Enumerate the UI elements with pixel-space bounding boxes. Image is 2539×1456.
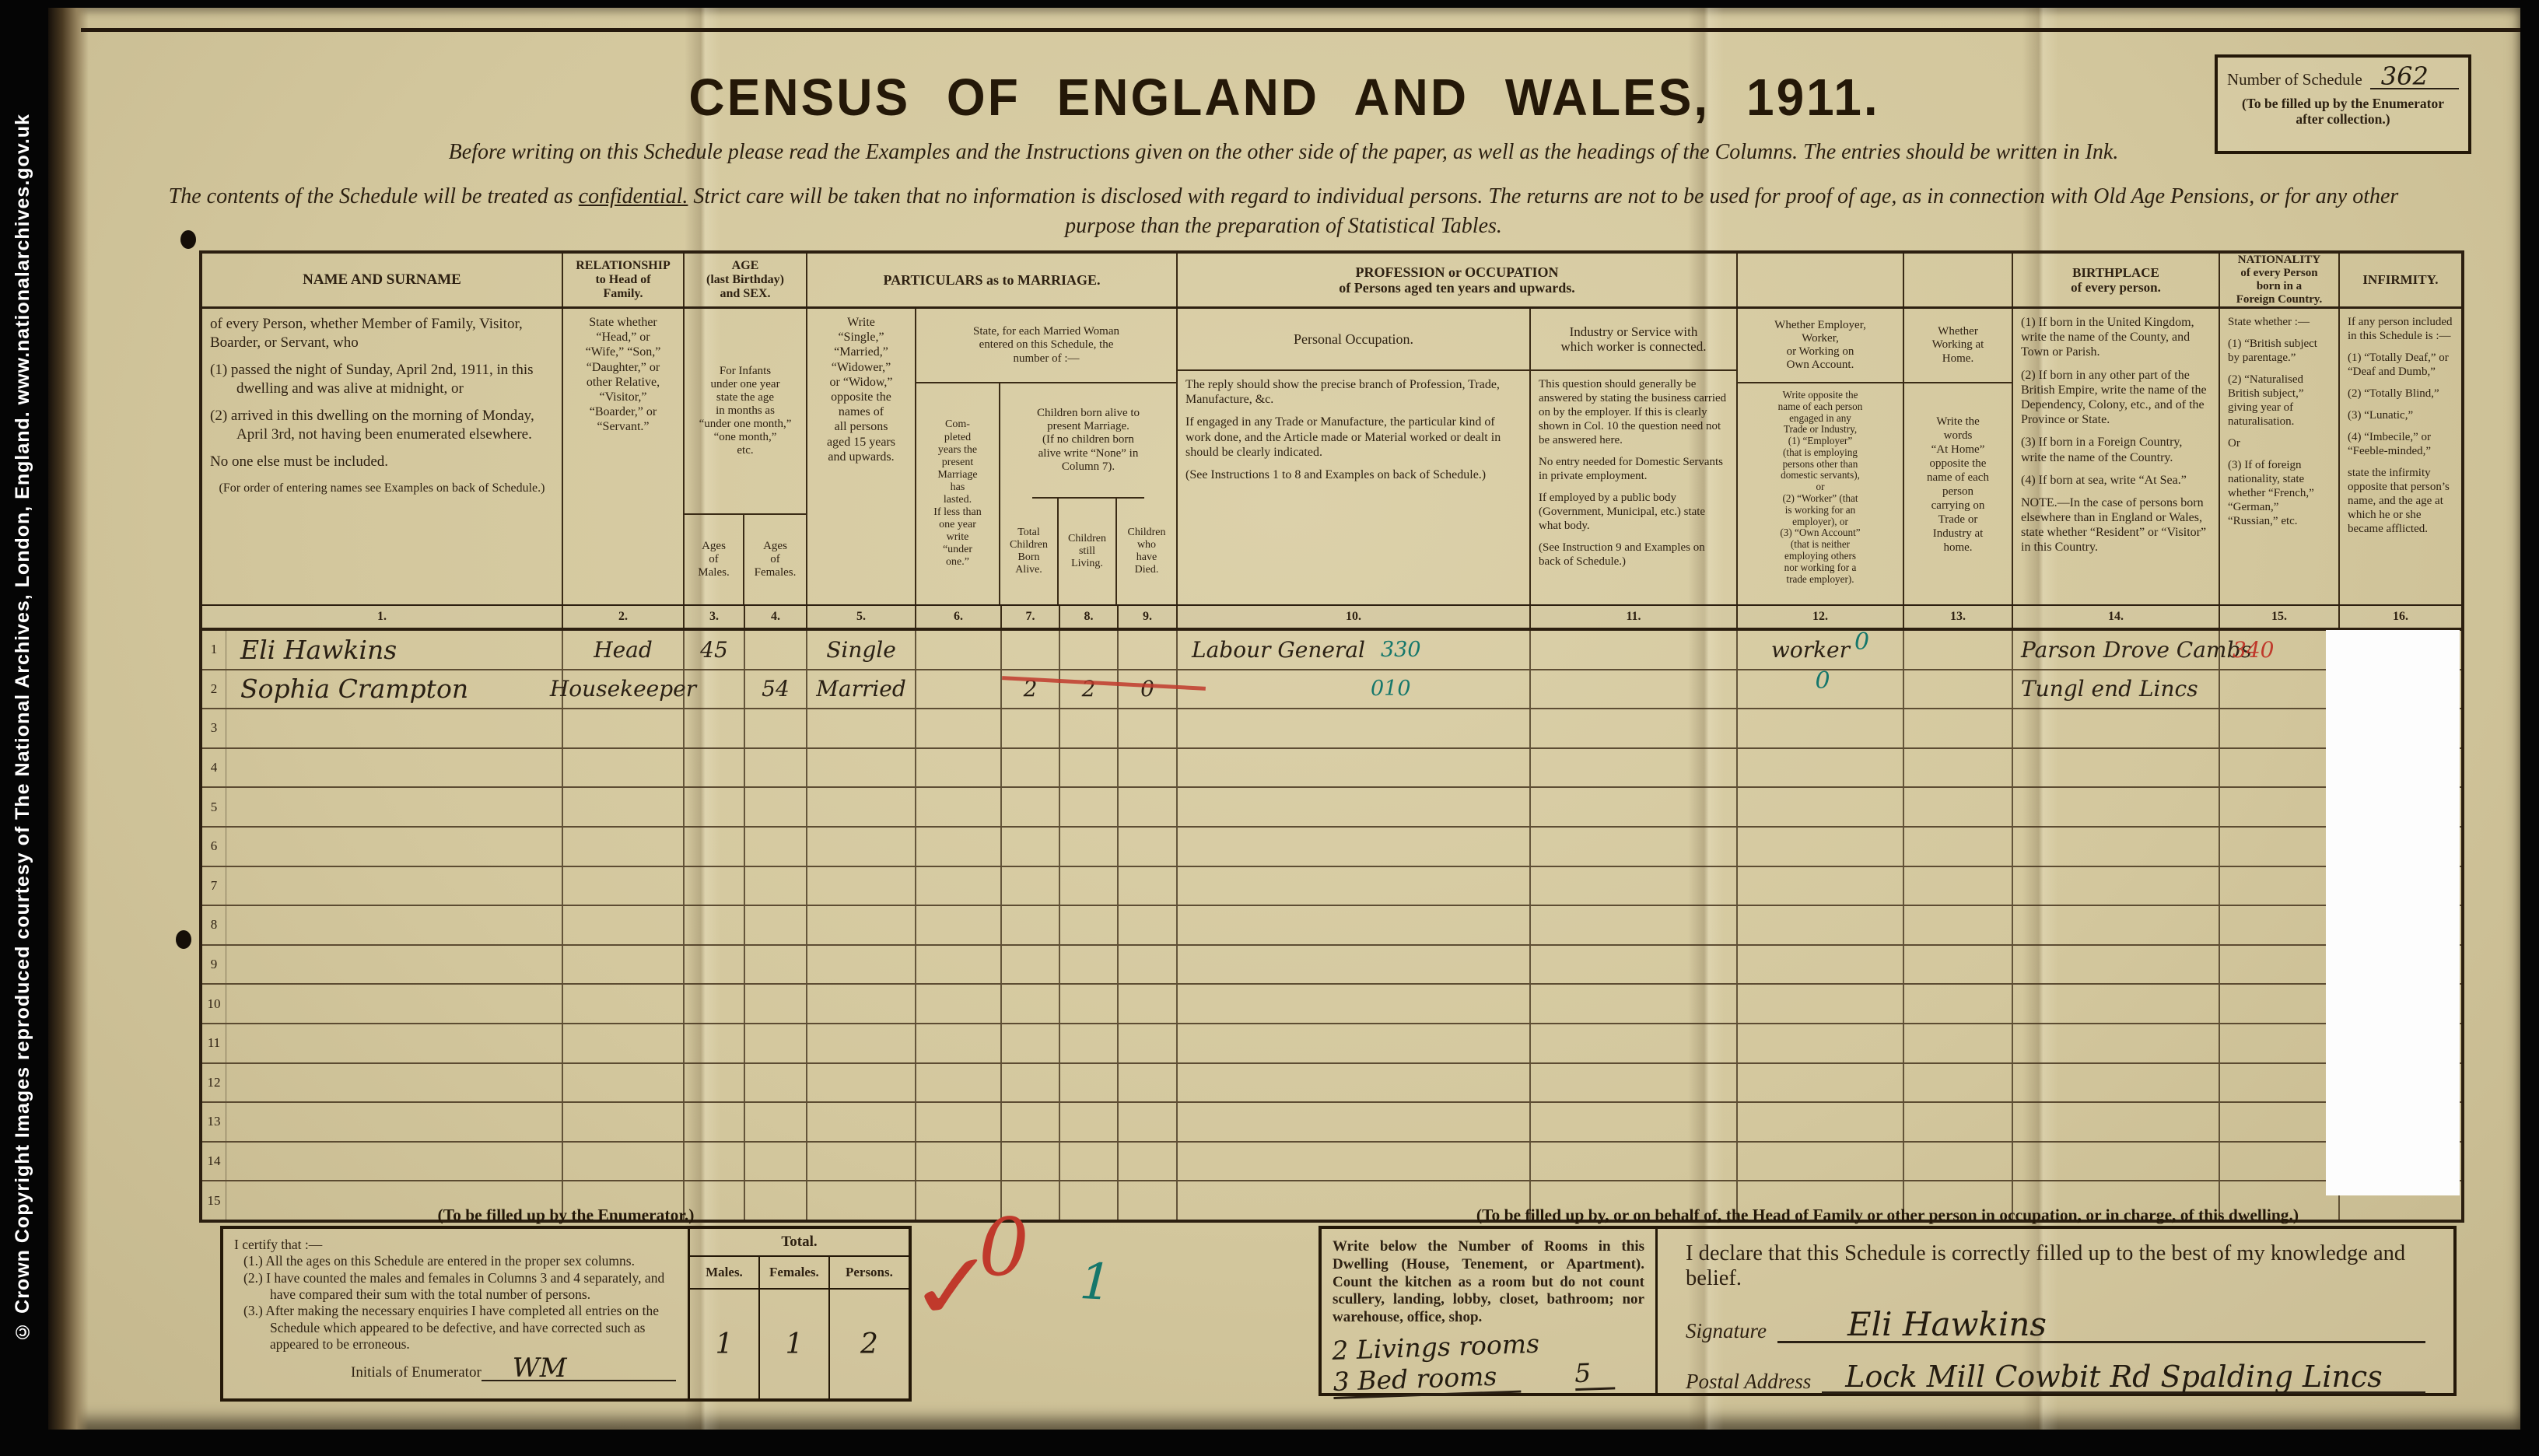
cell-birthplace: Tungl end Lincs <box>2013 670 2220 709</box>
name-column-notes: of every Person, whether Member of Famil… <box>202 309 563 604</box>
cell-living <box>1060 749 1119 787</box>
cell-birthplace <box>2013 828 2220 866</box>
householder-box: Write below the Number of Rooms in this … <box>1319 1226 2457 1396</box>
cell-occupation <box>1178 946 1531 984</box>
cell-employer <box>1738 828 1904 866</box>
relationship-entry: Head <box>594 637 653 663</box>
cell-birthplace <box>2013 749 2220 787</box>
birthplace-entry: Parson Drove Cambs <box>2021 637 2252 663</box>
nationality-code: 340 <box>2233 637 2274 663</box>
cell-years <box>916 1143 1002 1181</box>
marriage-entry: Single <box>826 637 896 663</box>
totals-table: Total. Males. Females. Persons. 1 1 2 <box>688 1229 909 1398</box>
cell-years <box>916 867 1002 905</box>
cell-age_m <box>685 788 745 826</box>
row-number: 13 <box>202 1103 226 1141</box>
signature-value: Eli Hawkins <box>1777 1308 2425 1343</box>
cell-marriage <box>807 1103 916 1141</box>
cell-relationship <box>563 749 685 787</box>
cell-at_home <box>1904 985 2013 1023</box>
cell-nationality <box>2220 670 2340 709</box>
cell-nationality <box>2220 867 2340 905</box>
cell-birthplace <box>2013 1143 2220 1181</box>
cell-born <box>1002 1024 1060 1062</box>
cell-at_home <box>1904 1064 2013 1102</box>
cell-nationality <box>2220 1064 2340 1102</box>
cell-relationship: Head <box>563 631 685 669</box>
cell-relationship <box>563 1103 685 1141</box>
cell-industry <box>1531 1143 1738 1181</box>
row-number: 11 <box>202 1024 226 1062</box>
industry-note-4: (See Instruction 9 and Examples on back … <box>1539 541 1728 569</box>
cell-born <box>1002 1143 1060 1181</box>
enumerator-section-title: (To be filled up by the Enumerator.) <box>220 1206 912 1225</box>
occupation-entry: Labour General <box>1192 637 1365 663</box>
cell-marriage <box>807 906 916 944</box>
cell-relationship <box>563 946 685 984</box>
cell-at_home <box>1904 788 2013 826</box>
cell-age_f <box>745 906 807 944</box>
infirmity-note-1: If any person included in this Schedule … <box>2348 315 2453 343</box>
cell-employer <box>1738 749 1904 787</box>
cell-nationality <box>2220 985 2340 1023</box>
cell-living: 2 <box>1060 670 1119 709</box>
cell-industry <box>1531 867 1738 905</box>
cell-died <box>1119 709 1178 747</box>
males-total-value: 1 <box>690 1290 760 1398</box>
table-row: 7 <box>202 867 2461 907</box>
females-total-value: 1 <box>760 1290 830 1398</box>
cell-birthplace <box>2013 1024 2220 1062</box>
infirmity-note-5: (4) “Imbecile,” or “Feeble-minded,” <box>2348 430 2453 458</box>
row-number: 10 <box>202 985 226 1023</box>
occupation-note-2: If engaged in any Trade or Manufacture, … <box>1185 415 1522 460</box>
cell-employer <box>1738 788 1904 826</box>
cell-died <box>1119 788 1178 826</box>
cell-at_home <box>1904 867 2013 905</box>
cell-living <box>1060 1024 1119 1062</box>
occupation-code: 010 <box>1371 677 1411 701</box>
cell-died <box>1119 1103 1178 1141</box>
cell-nationality <box>2220 906 2340 944</box>
cell-birthplace <box>2013 867 2220 905</box>
table-body: 1Eli HawkinsHead45SingleLabour General33… <box>202 631 2461 1220</box>
rooms-instruction: Write below the Number of Rooms in this … <box>1333 1238 1644 1325</box>
cell-employer <box>1738 1064 1904 1102</box>
cell-birthplace: Parson Drove Cambs <box>2013 631 2220 669</box>
cell-industry <box>1531 1064 1738 1102</box>
cell-age_m <box>685 1103 745 1141</box>
birthplace-note-3: (3) If born in a Foreign Country, write … <box>2021 435 2211 464</box>
cell-living <box>1060 1143 1119 1181</box>
employer-code: 0 <box>1815 667 1830 695</box>
cell-birthplace <box>2013 1103 2220 1141</box>
cell-occupation <box>1178 867 1531 905</box>
cell-employer <box>1738 946 1904 984</box>
cell-occupation: Labour General330 <box>1178 631 1531 669</box>
cell-died <box>1119 631 1178 669</box>
column-number: 16. <box>2340 606 2461 628</box>
table-row: 8 <box>202 906 2461 946</box>
header-blank-12 <box>1738 254 1904 306</box>
cell-at_home <box>1904 709 2013 747</box>
header-name: NAME AND SURNAME <box>202 254 563 306</box>
cell-living <box>1060 1181 1119 1220</box>
name-note-5: (For order of entering names see Example… <box>210 481 554 496</box>
age-column: For Infants under one year state the age… <box>685 309 807 604</box>
birthplace-note-4: (4) If born at sea, write “At Sea.” <box>2021 473 2211 488</box>
industry-column: Industry or Service with which worker is… <box>1531 309 1738 604</box>
cell-at_home <box>1904 946 2013 984</box>
certify-item-3: (3.) After making the necessary enquirie… <box>234 1303 677 1353</box>
cell-age_m <box>685 709 745 747</box>
header-infirmity: INFIRMITY. <box>2340 254 2461 306</box>
nationality-note-1: State whether :— <box>2228 315 2331 329</box>
instruction-line: Before writing on this Schedule please r… <box>124 140 2443 165</box>
enumerator-box: I certify that :— (1.) All the ages on t… <box>220 1226 912 1402</box>
householder-section-title: (To be filled up by, or on behalf of, th… <box>1319 1206 2457 1225</box>
cell-name: 9 <box>202 946 563 984</box>
children-born-note: Children born alive to present Marriage.… <box>1032 383 1144 499</box>
row-number: 7 <box>202 867 226 905</box>
cell-age_m <box>685 670 745 709</box>
died-entry: 0 <box>1140 676 1154 702</box>
cell-at_home <box>1904 1024 2013 1062</box>
cell-occupation <box>1178 1103 1531 1141</box>
census-table: NAME AND SURNAME RELATIONSHIP to Head of… <box>199 250 2464 1223</box>
personal-occupation-notes: The reply should show the precise branch… <box>1178 371 1529 496</box>
cell-industry <box>1531 788 1738 826</box>
cell-nationality: 340 <box>2220 631 2340 669</box>
cell-at_home <box>1904 1143 2013 1181</box>
cell-industry <box>1531 709 1738 747</box>
certify-intro: I certify that :— <box>234 1237 677 1253</box>
table-row: 14 <box>202 1143 2461 1182</box>
cell-born <box>1002 788 1060 826</box>
cell-employer <box>1738 906 1904 944</box>
cell-occupation <box>1178 749 1531 787</box>
marriage-status-note: Write “Single,” “Married,” “Widower,” or… <box>807 309 916 604</box>
cell-industry <box>1531 985 1738 1023</box>
nationality-note-5: (3) If of foreign nationality, state whe… <box>2228 458 2331 528</box>
cell-employer <box>1738 1103 1904 1141</box>
cell-years <box>916 670 1002 709</box>
column-number: 7. <box>1002 606 1060 628</box>
table-row: 10 <box>202 985 2461 1024</box>
married-woman-group: State, for each Married Woman entered on… <box>916 309 1178 604</box>
cell-occupation <box>1178 985 1531 1023</box>
cell-died <box>1119 906 1178 944</box>
occupation-note-1: The reply should show the precise branch… <box>1185 377 1522 407</box>
cell-born <box>1002 867 1060 905</box>
cell-years <box>916 1024 1002 1062</box>
cell-occupation <box>1178 709 1531 747</box>
cell-marriage <box>807 1064 916 1102</box>
header-relationship: RELATIONSHIP to Head of Family. <box>563 254 685 306</box>
header-age: AGE (last Birthday) and SEX. <box>685 254 807 306</box>
cell-name: 3 <box>202 709 563 747</box>
cell-born <box>1002 906 1060 944</box>
row-number: 4 <box>202 749 226 787</box>
cell-at_home <box>1904 749 2013 787</box>
persons-total-value: 2 <box>830 1290 909 1398</box>
column-number: 12. <box>1738 606 1904 628</box>
at-home-column: Whether Working at Home. Write the words… <box>1904 309 2013 604</box>
at-home-notes: Write the words “At Home” opposite the n… <box>1904 383 2012 561</box>
cell-birthplace <box>2013 985 2220 1023</box>
name-note-2: (1) passed the night of Sunday, April 2n… <box>210 361 554 397</box>
cell-name: 7 <box>202 867 563 905</box>
column-number: 10. <box>1178 606 1531 628</box>
cell-born <box>1002 749 1060 787</box>
cell-at_home <box>1904 631 2013 669</box>
cell-industry <box>1531 946 1738 984</box>
cell-age_f <box>745 946 807 984</box>
cell-nationality <box>2220 749 2340 787</box>
marriage-entry: Married <box>816 676 906 702</box>
column-number-row: 1.2.3.4.5.6.7.8.9.10.11.12.13.14.15.16. <box>202 606 2461 631</box>
cell-age_f <box>745 828 807 866</box>
cell-nationality <box>2220 946 2340 984</box>
cell-employer <box>1738 1143 1904 1181</box>
cell-born <box>1002 985 1060 1023</box>
declaration-cell: I declare that this Schedule is correctl… <box>1658 1229 2453 1393</box>
row-number: 6 <box>202 828 226 866</box>
cell-nationality <box>2220 788 2340 826</box>
cell-employer <box>1738 985 1904 1023</box>
relationship-notes: State whether “Head,” or “Wife,” “Son,” … <box>563 309 685 604</box>
cell-relationship <box>563 985 685 1023</box>
cell-died <box>1119 867 1178 905</box>
cell-name: 6 <box>202 828 563 866</box>
cell-age_m <box>685 867 745 905</box>
cell-relationship: Housekeeper <box>563 670 685 709</box>
cell-marriage <box>807 828 916 866</box>
ages-of-females-header: Ages of Females. <box>744 515 806 604</box>
certify-item-1: (1.) All the ages on this Schedule are e… <box>234 1253 677 1269</box>
cell-employer <box>1738 867 1904 905</box>
enumerator-initials-signature: WM <box>482 1357 676 1381</box>
employer-code: 0 <box>1854 628 1869 656</box>
cell-at_home <box>1904 906 2013 944</box>
name-note-1: of every Person, whether Member of Famil… <box>210 315 554 352</box>
column-number: 9. <box>1119 606 1178 628</box>
table-row: 13 <box>202 1103 2461 1143</box>
children-living-header: Children still Living. <box>1059 499 1117 604</box>
cell-born <box>1002 709 1060 747</box>
cell-living <box>1060 709 1119 747</box>
employer-worker-notes: Write opposite the name of each person e… <box>1738 383 1903 591</box>
confidential-post: Strict care will be taken that no inform… <box>688 184 2398 238</box>
cell-relationship <box>563 1024 685 1062</box>
cell-age_f <box>745 1103 807 1141</box>
cell-age_m <box>685 828 745 866</box>
cell-marriage: Single <box>807 631 916 669</box>
cell-died <box>1119 828 1178 866</box>
cell-died <box>1119 749 1178 787</box>
rooms-handwriting: 2 Livings rooms 3 Bed rooms 5 <box>1332 1325 1646 1399</box>
rooms-total: 5 <box>1574 1356 1615 1391</box>
table-header-groups: NAME AND SURNAME RELATIONSHIP to Head of… <box>202 254 2461 309</box>
column-number: 11. <box>1531 606 1738 628</box>
cell-age_f <box>745 985 807 1023</box>
cell-industry <box>1531 749 1738 787</box>
employer-entry: worker <box>1771 637 1850 663</box>
confidential-paragraph: The contents of the Schedule will be tre… <box>132 182 2435 241</box>
cell-name: 8 <box>202 906 563 944</box>
header-marriage: PARTICULARS as to MARRIAGE. <box>807 254 1178 306</box>
cell-industry <box>1531 1024 1738 1062</box>
column-number: 5. <box>807 606 916 628</box>
paper-left-edge <box>48 8 89 1430</box>
children-died-header: Children who have Died. <box>1117 499 1176 604</box>
name-note-4: No one else must be included. <box>210 453 554 471</box>
cell-years <box>916 749 1002 787</box>
industry-notes: This question should generally be answer… <box>1531 371 1736 583</box>
cell-relationship <box>563 1064 685 1102</box>
cell-birthplace <box>2013 906 2220 944</box>
cell-name: 14 <box>202 1143 563 1181</box>
cell-years <box>916 946 1002 984</box>
table-row: 9 <box>202 946 2461 985</box>
cell-employer <box>1738 709 1904 747</box>
birthplace-note-2: (2) If born in any other part of the Bri… <box>2021 368 2211 428</box>
employer-worker-header: Whether Employer, Worker, or Working on … <box>1738 309 1903 383</box>
punch-hole <box>176 930 191 949</box>
cell-age_f <box>745 1064 807 1102</box>
cell-living <box>1060 788 1119 826</box>
cell-years <box>916 985 1002 1023</box>
infirmity-note-3: (2) “Totally Blind,” <box>2348 387 2453 401</box>
cell-born <box>1002 946 1060 984</box>
age-subcolumns: Ages of Males. Ages of Females. <box>685 515 806 604</box>
cell-living <box>1060 906 1119 944</box>
cell-age_f: 54 <box>745 670 807 709</box>
cell-name: 10 <box>202 985 563 1023</box>
birthplace-note-5: NOTE.—In the case of persons born elsewh… <box>2021 495 2211 555</box>
cell-living <box>1060 1064 1119 1102</box>
red-zero-mark: 0 <box>979 1202 1029 1294</box>
females-header: Females. <box>760 1257 830 1288</box>
nationality-note-2: (1) “British subject by parentage.” <box>2228 337 2331 365</box>
cell-age_m: 45 <box>685 631 745 669</box>
table-row: 3 <box>202 709 2461 749</box>
infirmity-note-2: (1) “Totally Deaf,” or “Deaf and Dumb,” <box>2348 351 2453 379</box>
cell-employer: worker0 <box>1738 631 1904 669</box>
cell-birthplace <box>2013 788 2220 826</box>
column-number: 15. <box>2220 606 2340 628</box>
cell-marriage <box>807 946 916 984</box>
cell-living <box>1060 867 1119 905</box>
cell-years <box>916 906 1002 944</box>
cell-born <box>1002 1103 1060 1141</box>
personal-occupation-header: Personal Occupation. <box>1178 309 1529 371</box>
column-number: 2. <box>563 606 685 628</box>
certify-text: I certify that :— (1.) All the ages on t… <box>223 1229 688 1398</box>
age-infants-note: For Infants under one year state the age… <box>685 309 806 515</box>
cell-died <box>1119 1143 1178 1181</box>
column-number: 8. <box>1060 606 1119 628</box>
age_f-entry: 54 <box>762 676 790 702</box>
table-row: 12 <box>202 1064 2461 1104</box>
cell-died <box>1119 985 1178 1023</box>
cell-age_f <box>745 867 807 905</box>
age_m-entry: 45 <box>700 637 728 663</box>
cell-nationality <box>2220 1103 2340 1141</box>
table-row: 6 <box>202 828 2461 867</box>
cell-industry <box>1531 828 1738 866</box>
cell-marriage <box>807 867 916 905</box>
cell-relationship <box>563 709 685 747</box>
column-number: 3. <box>685 606 745 628</box>
declaration-text: I declare that this Schedule is correctl… <box>1686 1241 2425 1291</box>
row-number: 2 <box>202 670 226 709</box>
industry-note-3: If employed by a public body (Government… <box>1539 491 1728 533</box>
column-number: 13. <box>1904 606 2013 628</box>
header-profession: PROFESSION or OCCUPATION of Persons aged… <box>1178 254 1738 306</box>
signature-label: Signature <box>1686 1319 1767 1343</box>
table-row: 2Sophia CramptonHousekeeper54Married2200… <box>202 670 2461 710</box>
cell-marriage <box>807 709 916 747</box>
cell-age_f <box>745 788 807 826</box>
cell-age_f <box>745 1143 807 1181</box>
cell-at_home <box>1904 670 2013 709</box>
cell-name: 12 <box>202 1064 563 1102</box>
cell-marriage <box>807 985 916 1023</box>
total-label: Total. <box>690 1229 909 1257</box>
cell-living <box>1060 1103 1119 1141</box>
cell-marriage <box>807 1143 916 1181</box>
cell-at_home <box>1904 828 2013 866</box>
cell-living <box>1060 631 1119 669</box>
males-header: Males. <box>690 1257 760 1288</box>
header-birthplace: BIRTHPLACE of every person. <box>2013 254 2220 306</box>
industry-note-1: This question should generally be answer… <box>1539 377 1728 447</box>
row-number: 5 <box>202 788 226 826</box>
cell-birthplace <box>2013 946 2220 984</box>
rooms-cell: Write below the Number of Rooms in this … <box>1322 1229 1658 1393</box>
cell-nationality <box>2220 1143 2340 1181</box>
top-border-rule <box>81 28 2520 32</box>
cell-born <box>1002 828 1060 866</box>
cell-years <box>916 709 1002 747</box>
table-row: 4 <box>202 749 2461 789</box>
page-title: CENSUS OF ENGLAND AND WALES, 1911. <box>48 68 2520 128</box>
row-number: 14 <box>202 1143 226 1181</box>
cell-marriage <box>807 749 916 787</box>
census-schedule-scan: © Crown Copyright Images reproduced cour… <box>0 0 2539 1456</box>
occupation-code: 330 <box>1381 638 1421 662</box>
table-row: 11 <box>202 1024 2461 1064</box>
relationship-entry: Housekeeper <box>550 676 696 702</box>
cell-age_m <box>685 985 745 1023</box>
cell-years <box>916 631 1002 669</box>
cell-birthplace <box>2013 1064 2220 1102</box>
confidential-pre: The contents of the Schedule will be tre… <box>169 184 579 208</box>
confidential-word: confidential. <box>579 184 688 208</box>
cell-years <box>916 828 1002 866</box>
cell-living <box>1060 828 1119 866</box>
personal-occupation-column: Personal Occupation. The reply should sh… <box>1178 309 1531 604</box>
row-number: 1 <box>202 631 226 669</box>
children-group: Children born alive to present Marriage.… <box>1000 383 1176 604</box>
cell-years <box>916 1064 1002 1102</box>
marriage-years-note: Com- pleted years the present Marriage h… <box>916 383 1000 604</box>
cell-relationship <box>563 828 685 866</box>
column-number: 1. <box>202 606 563 628</box>
row-number: 3 <box>202 709 226 747</box>
cell-nationality <box>2220 828 2340 866</box>
